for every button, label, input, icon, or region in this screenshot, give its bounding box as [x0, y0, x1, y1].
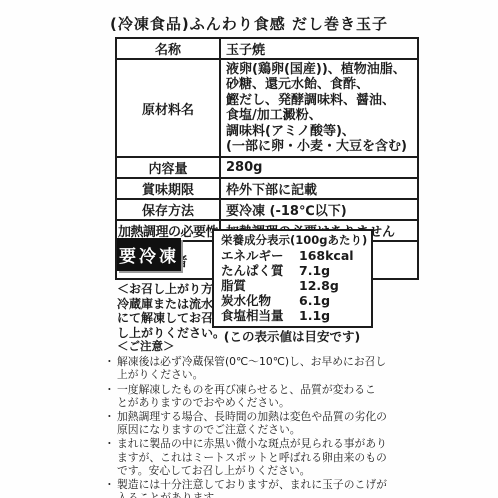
ingredients-line: 調味料(アミノ酸等)、 [226, 124, 414, 140]
row-value-best-before: 枠外下部に記載 [220, 178, 418, 199]
ingredients-line: (一部に卵・小麦・大豆を含む) [226, 139, 414, 155]
row-value-storage: 要冷凍 (-18℃以下) [220, 199, 418, 220]
nutrient-name: 食塩相当量 [221, 308, 299, 323]
caution-item: 加熱調理する場合、長時間の加熱は変色や品質の劣化の 原因になりますのでご注意くだ… [104, 410, 456, 436]
food-label-page: (冷凍食品)ふんわり食感 だし巻き玉子 名称 玉子焼 原材料名 液卵(鶏卵(国産… [0, 0, 498, 498]
nutrient-name: 炭水化物 [221, 293, 299, 308]
nutrient-name: たんぱく質 [221, 263, 299, 278]
nutrition-title: 栄養成分表示(100gあたり) [221, 232, 367, 248]
caution-line: 加熱調理する場合、長時間の加熱は変色や品質の劣化の [117, 410, 456, 423]
table-row-ingredients: 原材料名 液卵(鶏卵(国産))、植物油脂、 砂糖、還元水飴、食酢、 鰹だし、発酵… [116, 59, 418, 157]
cautions-section: ＜ご注意＞ 解凍後は必ず冷蔵保管(0℃〜10℃)し、お早めにお召し 上がりくださ… [104, 340, 456, 498]
nutrition-panel: 栄養成分表示(100gあたり) エネルギー 168kcal たんぱく質 7.1g… [212, 229, 373, 328]
nutrition-row: 炭水化物 6.1g [221, 293, 367, 308]
serving-heading: ＜お召し上がり方＞ [117, 282, 225, 297]
caution-line: 入ることがあります。 [117, 491, 456, 498]
nutrient-value: 168kcal [299, 248, 354, 263]
row-value-name: 玉子焼 [220, 38, 418, 59]
nutrient-name: エネルギー [221, 248, 299, 263]
frozen-required-badge: 要冷凍 [117, 238, 181, 271]
caution-item: 解凍後は必ず冷蔵保管(0℃〜10℃)し、お早めにお召し 上がりください。 [104, 355, 456, 381]
row-label-best-before: 賞味期限 [116, 178, 220, 199]
row-label-ingredients: 原材料名 [116, 59, 220, 157]
ingredients-line: 液卵(鶏卵(国産))、植物油脂、 [226, 62, 414, 78]
ingredients-line: 砂糖、還元水飴、食酢、 [226, 77, 414, 93]
table-row-best-before: 賞味期限 枠外下部に記載 [116, 178, 418, 199]
product-title: (冷凍食品)ふんわり食感 だし巻き玉子 [0, 13, 498, 34]
caution-line: 一度解凍したものを再び凍らせると、品質が変わるこ [117, 383, 456, 396]
nutrition-row: たんぱく質 7.1g [221, 263, 367, 278]
caution-line: 製造には十分注意しておりますが、まれに玉子のこげが [117, 478, 456, 491]
table-row-net-content: 内容量 280g [116, 157, 418, 178]
caution-line: 上がりください。 [117, 368, 456, 381]
serving-line: 冷蔵庫または流水 [117, 297, 225, 312]
row-value-net-content: 280g [220, 157, 418, 178]
caution-line: まれに製品の中に赤黒い微小な斑点が見られる事があり [117, 437, 456, 450]
table-row-name: 名称 玉子焼 [116, 38, 418, 59]
table-row-storage: 保存方法 要冷凍 (-18℃以下) [116, 199, 418, 220]
caution-item: まれに製品の中に赤黒い微小な斑点が見られる事があり ますが、これはミートスポット… [104, 437, 456, 477]
caution-line: とがありますのでおやめください。 [117, 396, 456, 409]
serving-line: にて解凍してお召 [117, 311, 225, 326]
caution-line: ますが、これはミートスポットと呼ばれる卵由来のもの [117, 451, 456, 464]
nutrition-row: エネルギー 168kcal [221, 248, 367, 263]
caution-line: です。安心してお召し上がりください。 [117, 464, 456, 477]
caution-line: 原因になりますのでご注意ください。 [117, 423, 456, 436]
nutrient-name: 脂質 [221, 278, 299, 293]
nutrition-row: 脂質 12.8g [221, 278, 367, 293]
ingredients-line: 食塩/加工澱粉、 [226, 108, 414, 124]
nutrient-value: 12.8g [299, 278, 339, 293]
row-label-net-content: 内容量 [116, 157, 220, 178]
nutrient-value: 1.1g [299, 308, 330, 323]
row-label-storage: 保存方法 [116, 199, 220, 220]
caution-item: 製造には十分注意しておりますが、まれに玉子のこげが 入ることがあります。 [104, 478, 456, 498]
ingredients-line: 鰹だし、発酵調味料、醤油、 [226, 93, 414, 109]
nutrient-value: 7.1g [299, 263, 330, 278]
row-label-name: 名称 [116, 38, 220, 59]
caution-line: 解凍後は必ず冷蔵保管(0℃〜10℃)し、お早めにお召し [117, 355, 456, 368]
nutrient-value: 6.1g [299, 293, 330, 308]
caution-item: 一度解凍したものを再び凍らせると、品質が変わるこ とがありますのでおやめください… [104, 383, 456, 409]
cautions-heading: ＜ご注意＞ [117, 340, 456, 353]
row-value-ingredients: 液卵(鶏卵(国産))、植物油脂、 砂糖、還元水飴、食酢、 鰹だし、発酵調味料、醤… [220, 59, 418, 157]
nutrition-row: 食塩相当量 1.1g [221, 308, 367, 323]
